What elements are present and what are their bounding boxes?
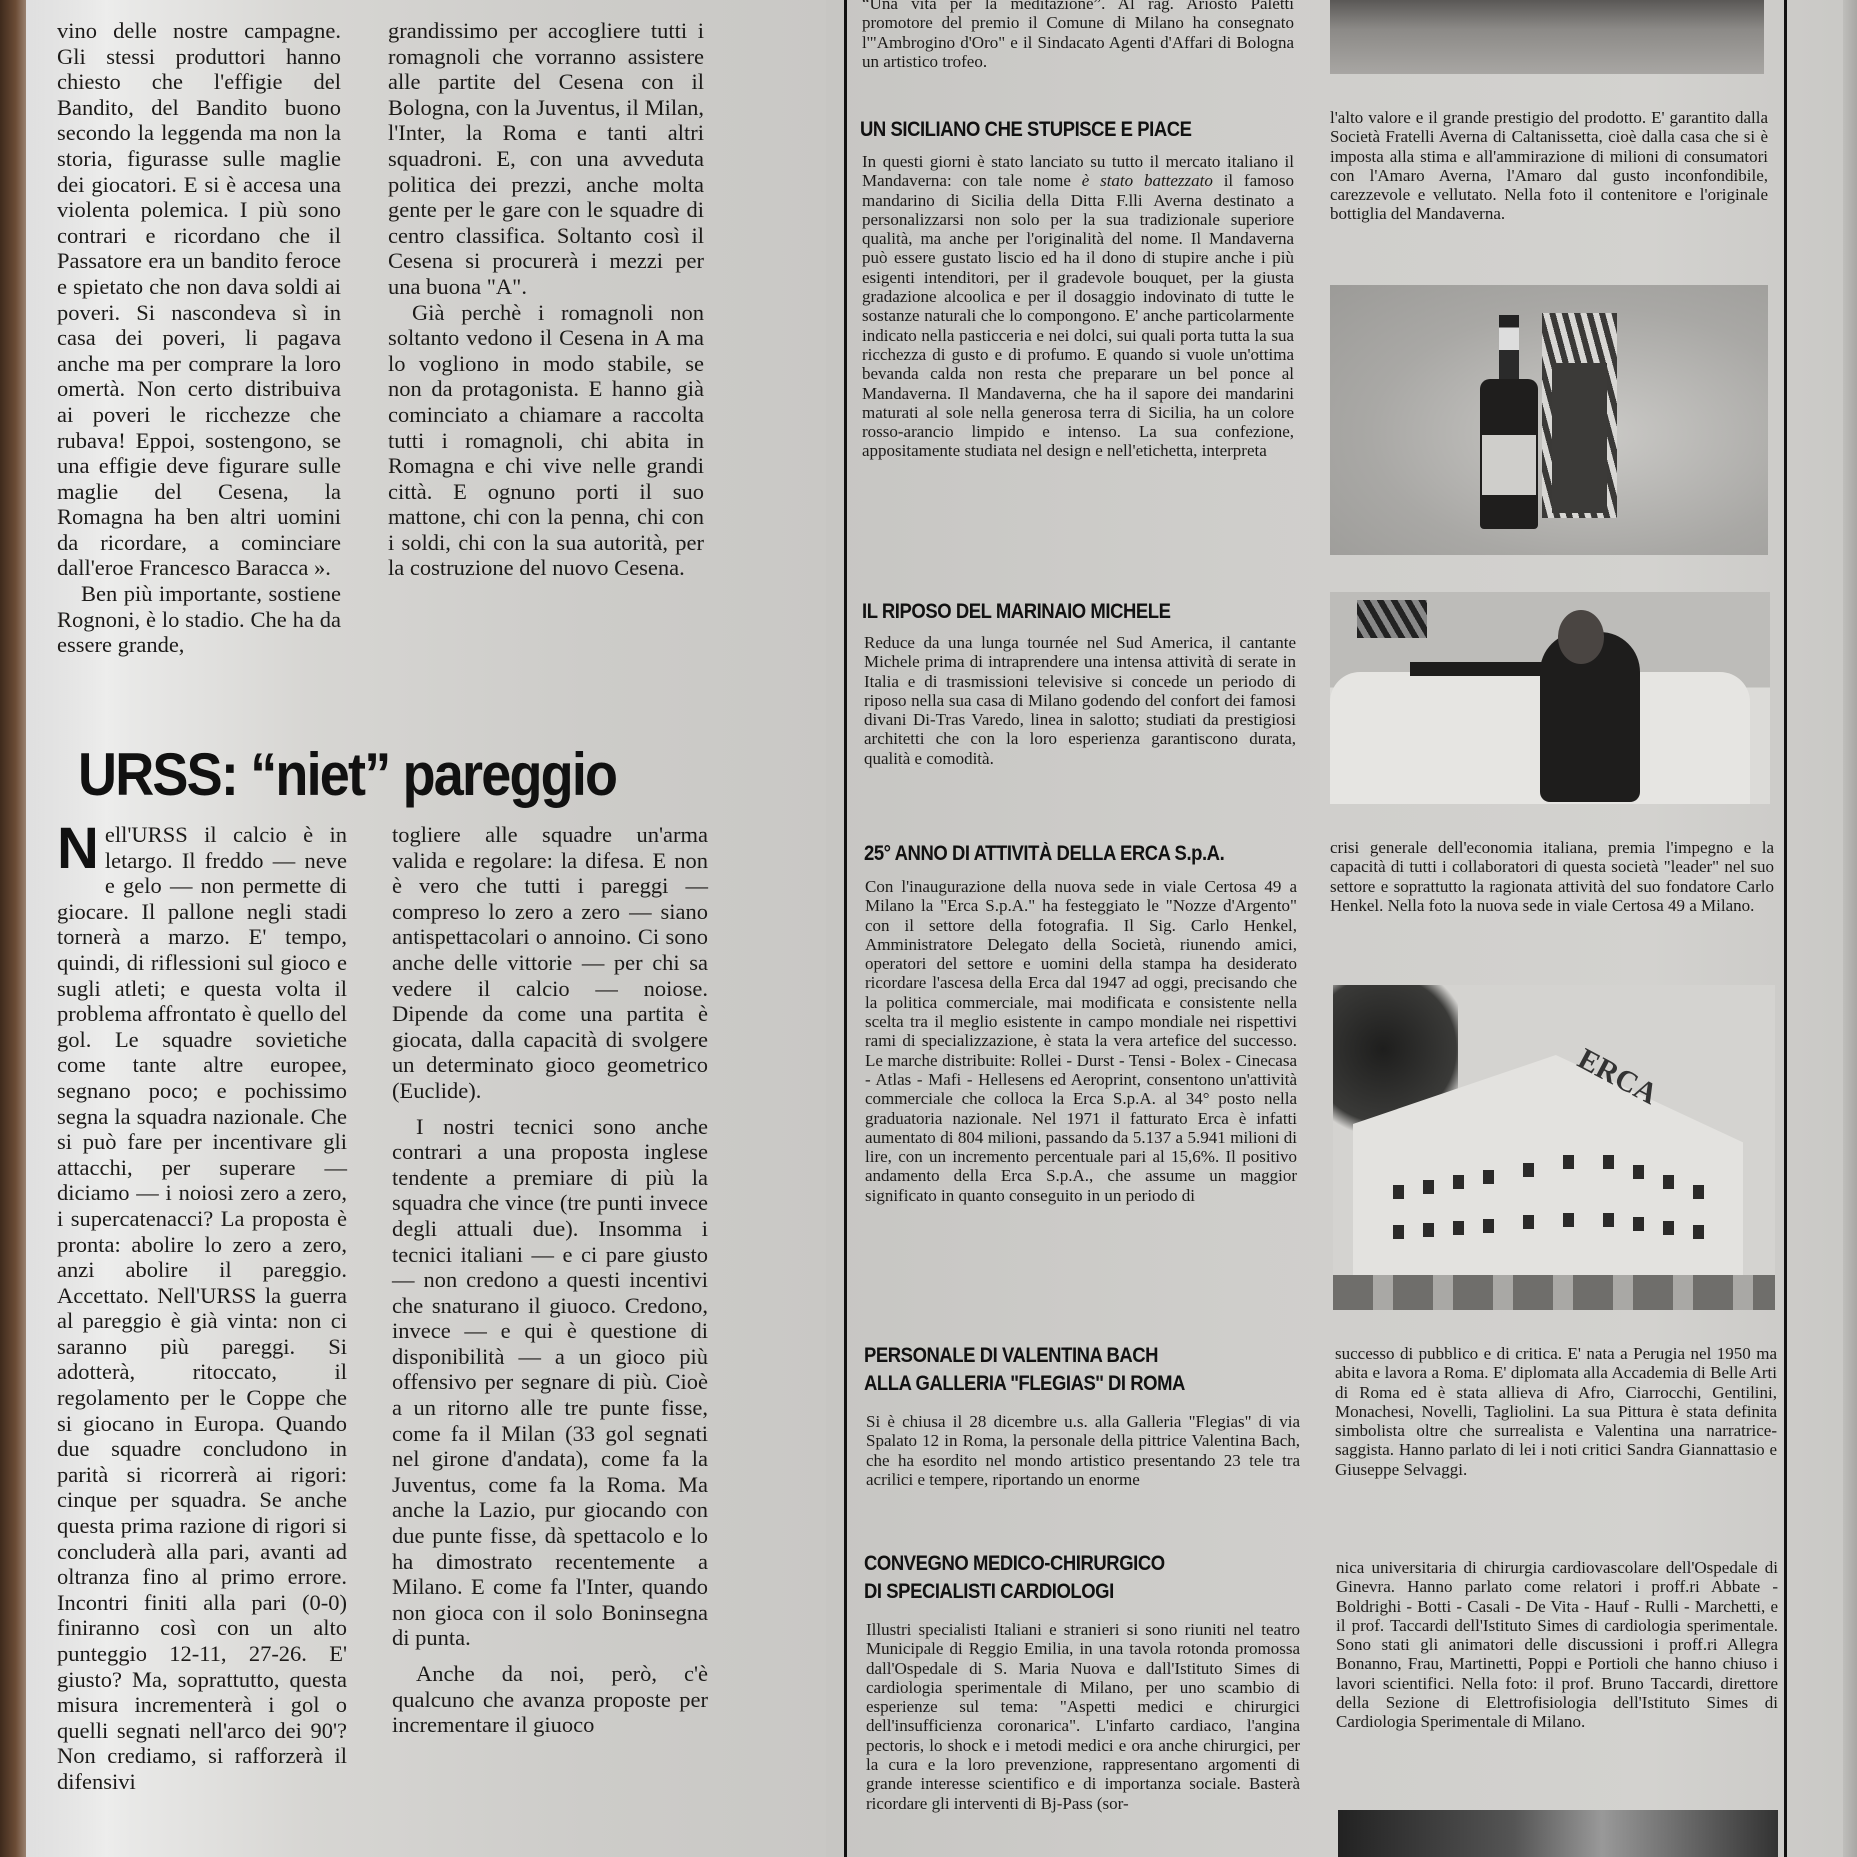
paragraph: grandissimo per accogliere tutti i romag… (388, 18, 704, 300)
paragraph: “Una vita per la meditazione”. Al rag. A… (862, 0, 1294, 71)
section-body-right: successo di pubblico e di critica. E' na… (1335, 1344, 1777, 1479)
section-title: 25° ANNO DI ATTIVITÀ DELLA ERCA S.p.A. (864, 840, 1224, 867)
paragraph-text: ell'URSS il calcio è in letargo. Il fred… (57, 822, 347, 1794)
photo-prof-taccardi (1338, 1810, 1778, 1857)
article-column-2: togliere alle squadre un'arma valida e r… (392, 822, 708, 1738)
column-rule-right (1784, 0, 1787, 1857)
paragraph: togliere alle squadre un'arma valida e r… (392, 822, 708, 1104)
paragraph: Si è chiusa il 28 dicembre u.s. alla Gal… (866, 1412, 1300, 1489)
box-illustration (1542, 313, 1617, 518)
photo-award-ceremony (1330, 0, 1764, 74)
bottle-illustration (1480, 315, 1538, 530)
paragraph: Reduce da una lunga tournée nel Sud Amer… (864, 633, 1296, 768)
paragraph: nica universitaria di chirurgia cardiova… (1336, 1558, 1778, 1732)
paragraph: Anche da noi, però, c'è qualcuno che ava… (392, 1661, 708, 1738)
paragraph: I nostri tecnici sono anche contrari a u… (392, 1114, 708, 1651)
italic-text: è stato battezzato (1082, 171, 1213, 190)
drop-cap: N (57, 824, 99, 874)
paragraph: Con l'inaugurazione della nuova sede in … (865, 877, 1297, 1205)
section-title-line-2: ALLA GALLERIA ''FLEGIAS'' DI ROMA (864, 1370, 1185, 1397)
photo-mandaverna-bottle (1330, 285, 1768, 555)
paragraph: crisi generale dell'economia italiana, p… (1330, 838, 1774, 915)
paragraph: Già perchè i romagnoli non soltanto vedo… (388, 300, 704, 582)
article-headline: URSS: “niet” pareggio (78, 740, 616, 809)
photo-michele-sofa (1330, 592, 1770, 804)
section-body-left: Reduce da una lunga tournée nel Sud Amer… (864, 633, 1296, 768)
continued-article-column-1: vino delle nostre campagne. Gli stessi p… (57, 18, 341, 658)
photo-erca-building: ERCA (1333, 985, 1775, 1310)
section-title: PERSONALE DI VALENTINA BACH (864, 1342, 1158, 1369)
section-title: IL RIPOSO DEL MARINAIO MICHELE (862, 598, 1171, 625)
paragraph: vino delle nostre campagne. Gli stessi p… (57, 18, 341, 581)
section-title: CONVEGNO MEDICO-CHIRURGICO (864, 1550, 1165, 1577)
section-body-left: Illustri specialisti Italiani e stranier… (866, 1620, 1300, 1813)
text: il famoso mandarino di Sicilia della Dit… (862, 171, 1294, 460)
section-body-right: crisi generale dell'economia italiana, p… (1330, 838, 1774, 915)
section-body-left: Si è chiusa il 28 dicembre u.s. alla Gal… (866, 1412, 1300, 1489)
book-binding (0, 0, 26, 1857)
section-body-right: nica universitaria di chirurgia cardiova… (1336, 1558, 1778, 1732)
paragraph: l'alto valore e il grande prestigio del … (1330, 108, 1768, 224)
continued-article-column-2: grandissimo per accogliere tutti i romag… (388, 18, 704, 581)
section-title: UN SICILIANO CHE STUPISCE E PIACE (860, 116, 1192, 143)
section-body-right: l'alto valore e il grande prestigio del … (1330, 108, 1768, 224)
paragraph: successo di pubblico e di critica. E' na… (1335, 1344, 1777, 1479)
article-column-1: Nell'URSS il calcio è in letargo. Il fre… (57, 822, 347, 1795)
section-title-line-2: DI SPECIALISTI CARDIOLOGI (864, 1578, 1114, 1605)
column-rule-left (844, 0, 847, 1857)
paragraph: Illustri specialisti Italiani e stranier… (866, 1620, 1300, 1813)
page-edge (1843, 0, 1857, 1857)
section-body-left: In questi giorni è stato lanciato su tut… (862, 152, 1294, 461)
paragraph: Nell'URSS il calcio è in letargo. Il fre… (57, 822, 347, 1795)
news-fragment: “Una vita per la meditazione”. Al rag. A… (862, 0, 1294, 71)
paragraph: In questi giorni è stato lanciato su tut… (862, 152, 1294, 461)
paragraph: Ben più importante, sostiene Rognoni, è … (57, 581, 341, 658)
section-body-left: Con l'inaugurazione della nuova sede in … (865, 877, 1297, 1205)
